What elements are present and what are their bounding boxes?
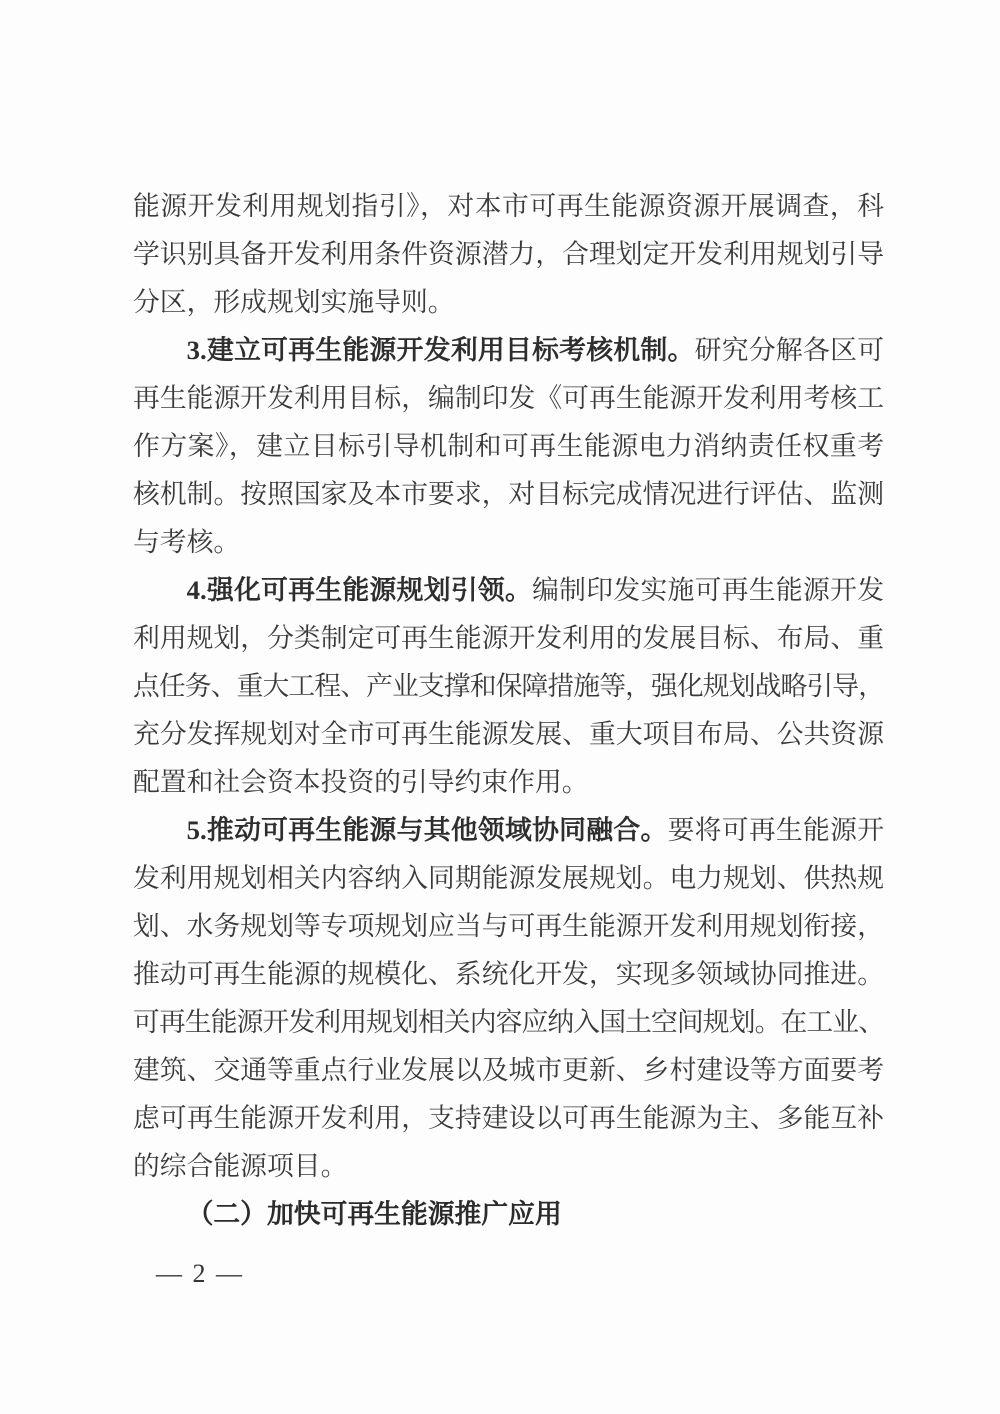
item-5-lead: 5.推动可再生能源与其他领域协同融合。 [187, 815, 668, 845]
text-line: 建筑、交通等重点行业发展以及城市更新、乡村建设等方面要考 [133, 1046, 884, 1094]
text-line: 与考核。 [133, 518, 884, 566]
text-line: 虑可再生能源开发利用，支持建设以可再生能源为主、多能互补 [133, 1094, 884, 1142]
text-line: 3.建立可再生能源开发利用目标考核机制。研究分解各区可 [133, 326, 884, 374]
text-line: 再生能源开发利用目标，编制印发《可再生能源开发利用考核工 [133, 374, 884, 422]
document-body: 能源开发利用规划指引》，对本市可再生能源资源开展调查，科 学识别具备开发利用条件… [133, 182, 884, 1238]
text-line: 分区，形成规划实施导则。 [133, 278, 884, 326]
item-3-lead: 3.建立可再生能源开发利用目标考核机制。 [187, 335, 695, 365]
text-line: 核机制。按照国家及本市要求，对目标完成情况进行评估、监测 [133, 470, 884, 518]
text-line: 配置和社会资本投资的引导约束作用。 [133, 758, 884, 806]
text-line: 能源开发利用规划指引》，对本市可再生能源资源开展调查，科 [133, 182, 884, 230]
line-text: 研究分解各区可 [695, 335, 884, 365]
text-line: 作方案》，建立目标引导机制和可再生能源电力消纳责任权重考 [133, 422, 884, 470]
text-line: 充分发挥规划对全市可再生能源发展、重大项目布局、公共资源 [133, 710, 884, 758]
line-text: 要将可再生能源开 [668, 815, 884, 845]
document-page: 能源开发利用规划指引》，对本市可再生能源资源开展调查，科 学识别具备开发利用条件… [0, 0, 1000, 1414]
text-line: 的综合能源项目。 [133, 1142, 884, 1190]
text-line: 利用规划，分类制定可再生能源开发利用的发展目标、布局、重 [133, 614, 884, 662]
text-line: 推动可再生能源的规模化、系统化开发，实现多领域协同推进。 [133, 950, 884, 998]
text-line: 4.强化可再生能源规划引领。编制印发实施可再生能源开发 [133, 566, 884, 614]
text-line: 点任务、重大工程、产业支撑和保障措施等，强化规划战略引导， [133, 662, 884, 710]
page-number: — 2 — [156, 1257, 244, 1291]
text-line: 发利用规划相关内容纳入同期能源发展规划。电力规划、供热规 [133, 854, 884, 902]
item-4-lead: 4.强化可再生能源规划引领。 [187, 575, 533, 605]
text-line: 5.推动可再生能源与其他领域协同融合。要将可再生能源开 [133, 806, 884, 854]
line-text: 编制印发实施可再生能源开发 [532, 575, 884, 605]
text-line: 划、水务规划等专项规划应当与可再生能源开发利用规划衔接， [133, 902, 884, 950]
text-line: 学识别具备开发利用条件资源潜力，合理划定开发利用规划引导 [133, 230, 884, 278]
section-heading: （二）加快可再生能源推广应用 [133, 1190, 884, 1238]
text-line: 可再生能源开发利用规划相关内容应纳入国土空间规划。在工业、 [133, 998, 884, 1046]
